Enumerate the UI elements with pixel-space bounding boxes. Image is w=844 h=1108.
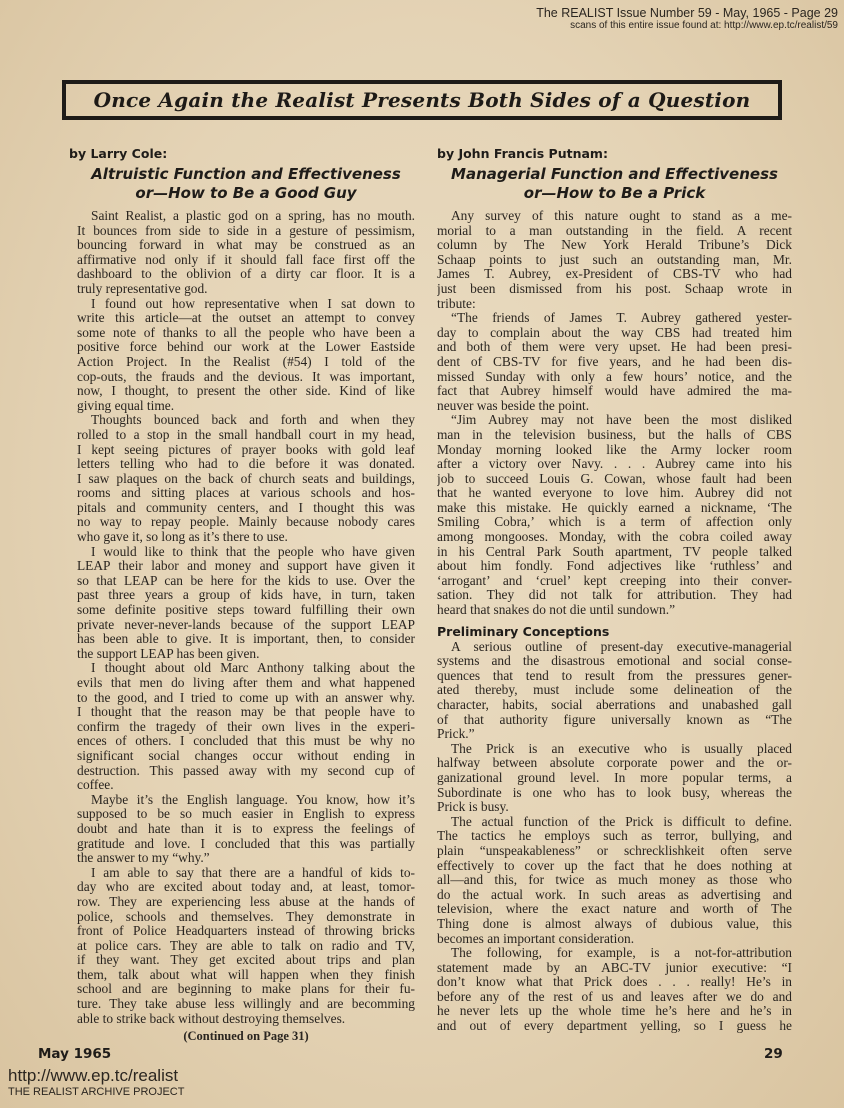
text-line: positive force behind our work at the Lo… — [77, 340, 415, 355]
text-line: halfway between absolute corporate power… — [437, 756, 792, 771]
text-line: rolled to a stop in the small handball c… — [77, 428, 415, 443]
text-line: front of Police Headquarters instead of … — [77, 924, 415, 939]
text-line: Maybe it’s the English language. You kno… — [77, 793, 415, 808]
text-line: before any of the rest of us and leaves … — [437, 990, 792, 1005]
text-line: day who are excited about today and, at … — [77, 880, 415, 895]
text-line: gratitude and love. I concluded that thi… — [77, 837, 415, 852]
text-line: destruction. This passed away with my se… — [77, 764, 415, 779]
text-line: Schaap points to just such an outstandin… — [437, 253, 792, 268]
text-line: write this article—at the outset an atte… — [77, 311, 415, 326]
text-line: in his Central Park South apartment, TV … — [437, 545, 792, 560]
text-line: don’t know what that Prick does . . . re… — [437, 975, 792, 990]
text-line: Monday morning looked like the Army lock… — [437, 443, 792, 458]
text-line: rooms and sitting places at various scho… — [77, 486, 415, 501]
scan-stamp: The REALIST Issue Number 59 - May, 1965 … — [0, 6, 844, 32]
archive-url[interactable]: http://www.ep.tc/realist — [8, 1066, 184, 1085]
text-line: who gave it, so long as it’s there to us… — [77, 530, 415, 545]
text-line: James T. Aubrey, ex-President of CBS-TV … — [437, 267, 792, 282]
text-line: at police cars. They are able to talk on… — [77, 939, 415, 954]
right-headline-line2: or—How to Be a Prick — [437, 184, 792, 203]
text-line: the support LEAP has been given. — [77, 647, 415, 662]
scan-source-link[interactable]: scans of this entire issue found at: htt… — [0, 20, 838, 32]
text-line: so that LEAP can be here for the kids to… — [77, 574, 415, 589]
text-line: missed Sunday with only a few hours’ not… — [437, 370, 792, 385]
text-line: some definite positive steps toward fulf… — [77, 603, 415, 618]
text-line: doubt and hate than it is to express the… — [77, 822, 415, 837]
text-line: past three years a group of kids have, i… — [77, 588, 415, 603]
archive-credit: http://www.ep.tc/realist THE REALIST ARC… — [8, 1066, 184, 1099]
text-line: pitals and community centers, and I thou… — [77, 501, 415, 516]
text-line: character, habits, social aberrations an… — [437, 698, 792, 713]
text-line: fact that Aubrey himself would have admi… — [437, 384, 792, 399]
text-line: job to succeed Louis G. Cowan, whose fau… — [437, 472, 792, 487]
text-line: I am able to say that there are a handfu… — [77, 866, 415, 881]
text-line: private never-never-lands because of the… — [77, 618, 415, 633]
text-line: and out of every department yelling, so … — [437, 1019, 792, 1034]
text-line: make this mistake. He quickly earned a n… — [437, 501, 792, 516]
right-headline-line1: Managerial Function and Effectiveness — [437, 165, 792, 184]
text-line: now, I thought, to present the other sid… — [77, 384, 415, 399]
continued-notice: (Continued on Page 31) — [77, 1029, 415, 1044]
banner-title: Once Again the Realist Presents Both Sid… — [94, 88, 751, 112]
text-line: among mongooses. Monday, with the cobra … — [437, 530, 792, 545]
text-line: The actual function of the Prick is diff… — [437, 815, 792, 830]
text-line: sation. They did not talk for attributio… — [437, 588, 792, 603]
text-line: Prick.” — [437, 727, 792, 742]
text-line: just been dismissed from his post. Schaa… — [437, 282, 792, 297]
text-line: effectively to cover up the fact that he… — [437, 859, 792, 874]
right-byline: by John Francis Putnam: — [437, 146, 792, 162]
text-line: statement made by an ABC-TV junior execu… — [437, 961, 792, 976]
text-line: quences that tend to result from the pre… — [437, 669, 792, 684]
text-line: Thoughts bounced back and forth and when… — [77, 413, 415, 428]
text-line: the answer to my “why.” — [77, 851, 415, 866]
text-line: able to strike back without destroying t… — [77, 1012, 415, 1027]
left-headline: Altruistic Function and Effectiveness or… — [77, 165, 415, 203]
text-line: do the actual work. In such areas as adv… — [437, 888, 792, 903]
text-line: supposed to be so much easier in English… — [77, 807, 415, 822]
text-line: them, talk about what will happen when t… — [77, 968, 415, 983]
issue-info: The REALIST Issue Number 59 - May, 1965 … — [0, 6, 838, 20]
right-body: Any survey of this nature ought to stand… — [437, 209, 792, 618]
text-line: Thing done is almost always of dubious v… — [437, 917, 792, 932]
text-line: I found out how representative when I sa… — [77, 297, 415, 312]
text-line: ated thereby, must include some delineat… — [437, 683, 792, 698]
left-article: by Larry Cole: Altruistic Function and E… — [77, 146, 415, 1044]
text-line: Saint Realist, a plastic god on a spring… — [77, 209, 415, 224]
text-line: ture. They take abuse less willingly and… — [77, 997, 415, 1012]
left-body: Saint Realist, a plastic god on a spring… — [77, 209, 415, 1026]
text-line: he never lets up the whole time he’s her… — [437, 1004, 792, 1019]
text-line: “The friends of James T. Aubrey gathered… — [437, 311, 792, 326]
text-line: confirm the tragedy of their own lives i… — [77, 720, 415, 735]
text-line: all—and this, for twice as much money as… — [437, 873, 792, 888]
text-line: bouncing forward in what may be construe… — [77, 238, 415, 253]
text-line: Action Project. In the Realist (#54) I t… — [77, 355, 415, 370]
text-line: plain “unspeakableness” or schrecklishke… — [437, 844, 792, 859]
text-line: The following, for example, is a not-for… — [437, 946, 792, 961]
text-line: It bounces from side to side in a gestur… — [77, 224, 415, 239]
page-banner: Once Again the Realist Presents Both Sid… — [62, 80, 782, 120]
text-line: I would like to think that the people wh… — [77, 545, 415, 560]
text-line: affirmative nod only if it should fall f… — [77, 253, 415, 268]
text-line: school and are beginning to make plans f… — [77, 982, 415, 997]
text-line: I thought about old Marc Anthony talking… — [77, 661, 415, 676]
archive-project: THE REALIST ARCHIVE PROJECT — [8, 1085, 184, 1099]
text-line: ‘arrogant’ and ‘cruel’ kept creeping int… — [437, 574, 792, 589]
text-line: man in the television business, but the … — [437, 428, 792, 443]
text-line: ences of others. I concluded that this m… — [77, 734, 415, 749]
text-line: giving equal time. — [77, 399, 415, 414]
text-line: truly representative god. — [77, 282, 415, 297]
text-line: Any survey of this nature ought to stand… — [437, 209, 792, 224]
text-line: tribute: — [437, 297, 792, 312]
text-line: police, schools and themselves. They dem… — [77, 910, 415, 925]
text-line: Smiling Cobra,’ which is a term of affec… — [437, 515, 792, 530]
text-line: Subordinate is one who has to look busy,… — [437, 786, 792, 801]
text-line: no way to repay people. Mainly because n… — [77, 515, 415, 530]
section-subhead: Preliminary Conceptions — [437, 624, 792, 640]
text-line: heard that snakes do not die until sundo… — [437, 603, 792, 618]
text-line: after a victory over Navy. . . . Aubrey … — [437, 457, 792, 472]
text-line: I kept seeing pictures of prayer books w… — [77, 443, 415, 458]
text-line: if they want. They get excited about tri… — [77, 953, 415, 968]
text-line: day to complain about the way CBS had tr… — [437, 326, 792, 341]
right-article: by John Francis Putnam: Managerial Funct… — [437, 146, 792, 1034]
text-line: has been able to give. It is important, … — [77, 632, 415, 647]
text-line: of that authority figure universally kno… — [437, 713, 792, 728]
text-line: ganizational ground level. In more popul… — [437, 771, 792, 786]
text-line: Prick is busy. — [437, 800, 792, 815]
text-line: morial to a man outstanding in the field… — [437, 224, 792, 239]
text-line: about him fondly. Fond adjectives like ‘… — [437, 559, 792, 574]
text-line: coffee. — [77, 778, 415, 793]
text-line: and both of them were very upset. He had… — [437, 340, 792, 355]
text-line: row. They are experiencing less abuse at… — [77, 895, 415, 910]
left-headline-line1: Altruistic Function and Effectiveness — [77, 165, 415, 184]
text-line: A serious outline of present-day executi… — [437, 640, 792, 655]
text-line: neuver was beside the point. — [437, 399, 792, 414]
text-line: dent of CBS-TV for five years, and he ha… — [437, 355, 792, 370]
text-line: letters telling who had to die before it… — [77, 457, 415, 472]
right-headline: Managerial Function and Effectiveness or… — [437, 165, 792, 203]
text-line: significant social changes occur without… — [77, 749, 415, 764]
text-line: that he wanted everyone to love him. Aub… — [437, 486, 792, 501]
right-body-continued: A serious outline of present-day executi… — [437, 640, 792, 1034]
text-line: evils that men do living after them and … — [77, 676, 415, 691]
text-line: becomes an important consideration. — [437, 932, 792, 947]
text-line: dashboard to the oblivion of a dirty car… — [77, 267, 415, 282]
footer-date: May 1965 — [38, 1046, 111, 1062]
text-line: cop-outs, the frauds and the devious. It… — [77, 370, 415, 385]
text-line: LEAP their labor and money and support h… — [77, 559, 415, 574]
text-line: television, where the exact nature and w… — [437, 902, 792, 917]
text-line: column by The New York Herald Tribune’s … — [437, 238, 792, 253]
text-line: some note of thanks to all the people wh… — [77, 326, 415, 341]
text-line: The Prick is an executive who is usually… — [437, 742, 792, 757]
text-line: I saw plaques on the back of church seat… — [77, 472, 415, 487]
text-line: systems and the disastrous emotional and… — [437, 654, 792, 669]
text-line: The tactics he employs such as terror, b… — [437, 829, 792, 844]
left-byline: by Larry Cole: — [69, 146, 415, 162]
text-line: I thought that the reason may be that pe… — [77, 705, 415, 720]
left-headline-line2: or—How to Be a Good Guy — [77, 184, 415, 203]
text-line: to the good, and I tried to come up with… — [77, 691, 415, 706]
text-line: “Jim Aubrey may not have been the most d… — [437, 413, 792, 428]
page-number: 29 — [764, 1046, 783, 1062]
